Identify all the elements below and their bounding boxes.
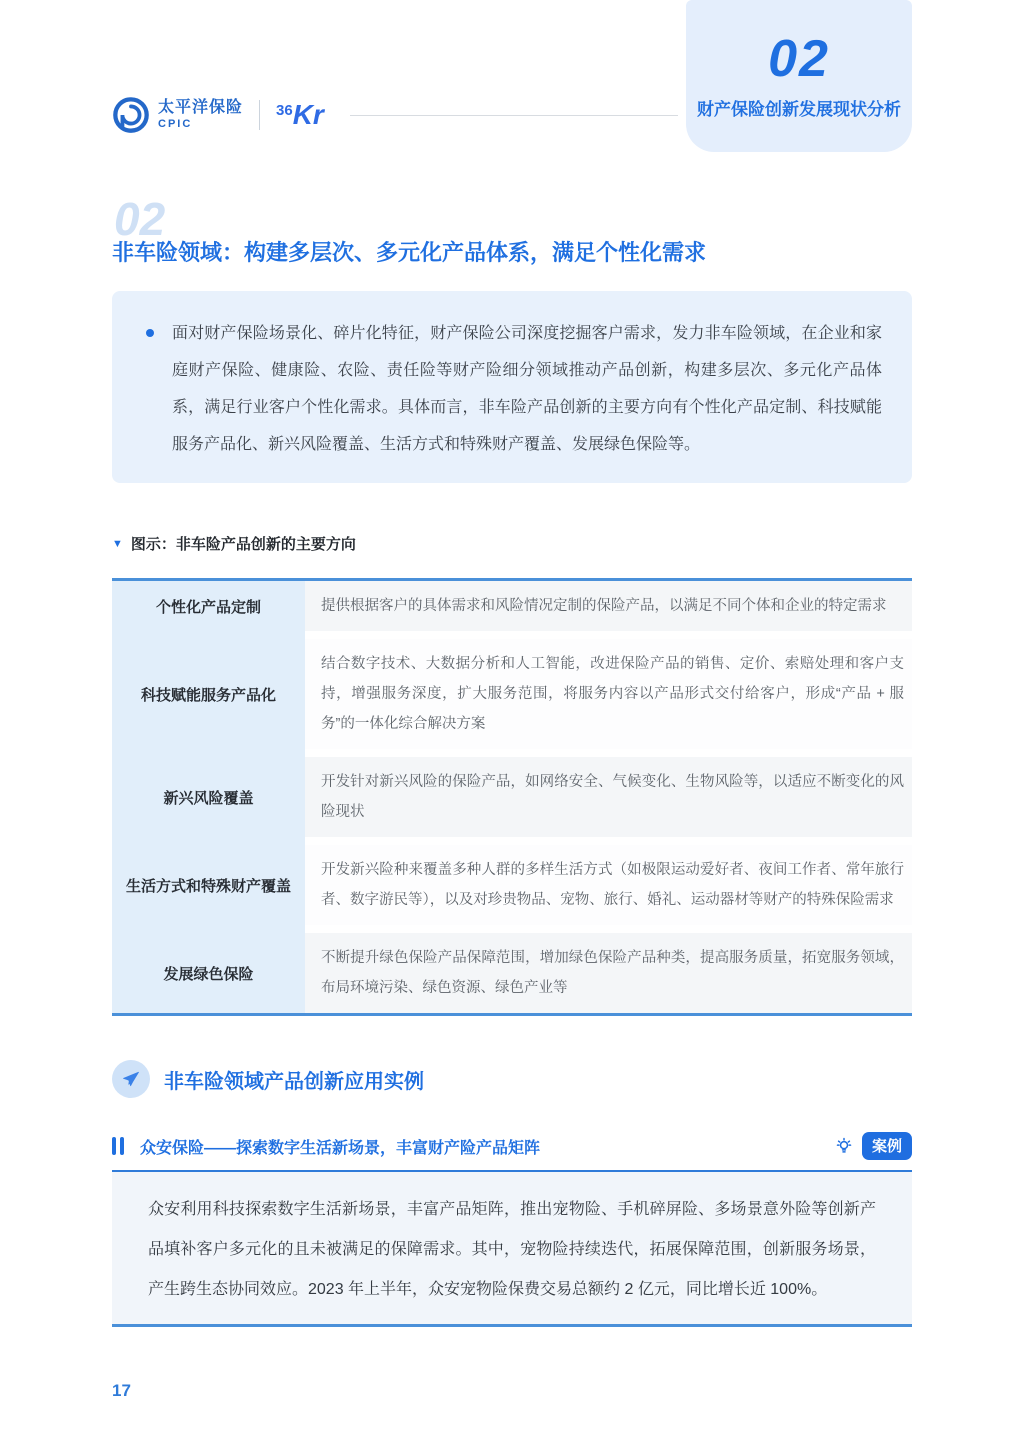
header-rule-line: [350, 115, 678, 116]
summary-text: 面对财产保险场景化、碎片化特征，财产保险公司深度挖掘客户需求，发力非车险领域，在…: [172, 315, 882, 463]
logo-divider: [259, 100, 260, 130]
table-row: 发展绿色保险 不断提升绿色保险产品保障范围，增加绿色保险产品种类，提高服务质量，…: [112, 933, 912, 1013]
table-row-label: 科技赋能服务产品化: [112, 639, 305, 749]
page-content: 02 非车险领域：构建多层次、多元化产品体系，满足个性化需求 面对财产保险场景化…: [0, 0, 1024, 1401]
header-logo-row: 太平洋保险 CPIC 36 Kr: [112, 96, 678, 134]
examples-section-head: 非车险领域产品创新应用实例: [112, 1060, 912, 1098]
table-row-label: 个性化产品定制: [112, 581, 305, 631]
36kr-logo-kr: Kr: [293, 101, 324, 129]
examples-section-title: 非车险领域产品创新应用实例: [164, 1065, 424, 1094]
case-badge: 案例: [862, 1132, 912, 1160]
36kr-logo-num: 36: [276, 103, 293, 118]
paper-plane-icon: [112, 1060, 150, 1098]
innovation-directions-table: 个性化产品定制 提供根据客户的具体需求和风险情况定制的保险产品，以满足不同个体和…: [112, 578, 912, 1016]
table-row: 新兴风险覆盖 开发针对新兴风险的保险产品，如网络安全、气候变化、生物风险等，以适…: [112, 757, 912, 837]
cpic-logo: 太平洋保险 CPIC: [112, 96, 243, 134]
section-title: 非车险领域：构建多层次、多元化产品体系，满足个性化需求: [112, 236, 912, 267]
summary-panel: 面对财产保险场景化、碎片化特征，财产保险公司深度挖掘客户需求，发力非车险领域，在…: [112, 291, 912, 483]
lightbulb-icon: [834, 1136, 854, 1156]
table-row-desc: 开发针对新兴风险的保险产品，如网络安全、气候变化、生物风险等，以适应不断变化的风…: [305, 757, 912, 837]
page-number: 17: [112, 1381, 912, 1401]
case-head: 众安保险——探索数字生活新场景，丰富财产险产品矩阵 案例: [112, 1132, 912, 1160]
case-panel: 众安利用科技探索数字生活新场景，丰富产品矩阵，推出宠物险、手机碎屏险、多场景意外…: [112, 1172, 912, 1327]
table-row-desc: 不断提升绿色保险产品保障范围，增加绿色保险产品种类，提高服务质量，拓宽服务领域，…: [305, 933, 912, 1013]
cpic-logo-name: 太平洋保险: [158, 100, 243, 116]
table-row: 生活方式和特殊财产覆盖 开发新兴险种来覆盖多种人群的多样生活方式（如极限运动爱好…: [112, 845, 912, 925]
table-row-label: 新兴风险覆盖: [112, 757, 305, 837]
36kr-logo: 36 Kr: [276, 101, 324, 129]
case-title: 众安保险——探索数字生活新场景，丰富财产险产品矩阵: [140, 1135, 834, 1158]
table-row: 个性化产品定制 提供根据客户的具体需求和风险情况定制的保险产品，以满足不同个体和…: [112, 581, 912, 631]
table-row: 科技赋能服务产品化 结合数字技术、大数据分析和人工智能，改进保险产品的销售、定价…: [112, 639, 912, 749]
chapter-banner: 02 财产保险创新发展现状分析: [686, 0, 912, 152]
cpic-logo-text: 太平洋保险 CPIC: [158, 100, 243, 130]
cpic-logo-sub: CPIC: [158, 119, 243, 130]
table-row-desc: 结合数字技术、大数据分析和人工智能，改进保险产品的销售、定价、索赔处理和客户支持…: [305, 639, 912, 749]
section-head: 02 非车险领域：构建多层次、多元化产品体系，满足个性化需求: [112, 196, 912, 267]
table-row-label: 生活方式和特殊财产覆盖: [112, 845, 305, 925]
figure-caption: ▼ 图示：非车险产品创新的主要方向: [112, 533, 912, 554]
bullet-dot-icon: [146, 329, 154, 337]
cpic-logo-icon: [112, 96, 150, 134]
report-page: 02 财产保险创新发展现状分析 太平洋保险 CPIC 36 Kr 02 非车险领…: [0, 0, 1024, 1437]
chapter-number: 02: [768, 33, 830, 85]
chapter-title: 财产保险创新发展现状分析: [697, 95, 901, 120]
table-row-desc: 提供根据客户的具体需求和风险情况定制的保险产品，以满足不同个体和企业的特定需求: [305, 581, 912, 631]
case-body-text: 众安利用科技探索数字生活新场景，丰富产品矩阵，推出宠物险、手机碎屏险、多场景意外…: [148, 1190, 876, 1310]
table-row-desc: 开发新兴险种来覆盖多种人群的多样生活方式（如极限运动爱好者、夜间工作者、常年旅行…: [305, 845, 912, 925]
figure-caption-text: 图示：非车险产品创新的主要方向: [131, 533, 356, 554]
table-row-label: 发展绿色保险: [112, 933, 305, 1013]
double-bar-icon: [112, 1137, 128, 1155]
triangle-down-icon: ▼: [112, 538, 123, 550]
